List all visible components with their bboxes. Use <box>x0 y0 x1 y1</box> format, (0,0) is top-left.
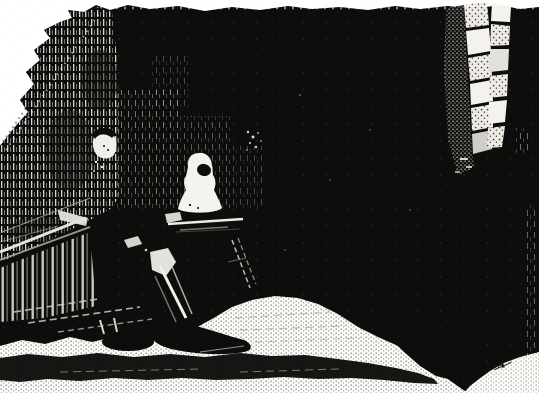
bust-base-detail <box>189 204 191 206</box>
window-pane <box>487 126 505 148</box>
window-pane <box>490 24 510 46</box>
window-pane <box>464 2 489 28</box>
window-pane <box>489 74 508 98</box>
sill-glint <box>460 158 468 160</box>
sill-glint <box>466 166 472 168</box>
face-detail <box>107 149 109 151</box>
window-reveal-hatch <box>516 128 530 154</box>
collar-glint <box>95 161 97 163</box>
sill-glint <box>455 171 460 173</box>
window-pane <box>490 49 509 72</box>
right-edge-hatch <box>524 205 535 355</box>
wall-shade-blotch <box>82 50 118 110</box>
collar-glint <box>101 166 103 168</box>
engraving-illustration: A <box>0 0 539 393</box>
window-pane <box>466 28 491 55</box>
collar-glint <box>93 170 95 172</box>
window-pane <box>488 100 507 124</box>
heel-shadow <box>102 333 154 351</box>
window-pane <box>468 54 492 81</box>
bust-base-detail <box>197 207 199 209</box>
wall-shade-blotch <box>46 110 94 190</box>
face-detail <box>103 145 105 147</box>
hand-glint <box>145 249 148 252</box>
engraving-canvas: A <box>0 0 539 393</box>
